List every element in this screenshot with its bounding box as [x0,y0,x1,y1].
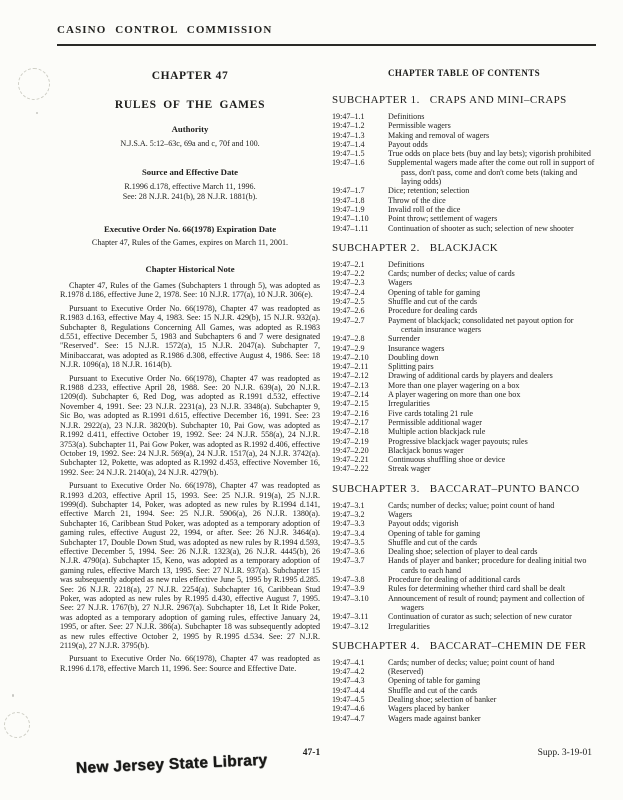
subchapter-title: BACCARAT–CHEMIN DE FER [430,640,587,652]
toc-item: 19:47–1.9Invalid roll of the dice [332,205,596,214]
toc-item-number: 19:47–2.11 [332,362,374,371]
historical-paragraph: Pursuant to Executive Order No. 66(1978)… [60,481,320,650]
toc-item-label: Hands of player and banker; procedure fo… [388,556,596,575]
toc-item-number: 19:47–2.8 [332,334,374,343]
toc-item-label: Opening of table for gaming [388,676,596,685]
toc-item-label: Permissible wagers [388,121,596,130]
toc-item-label: Definitions [388,112,596,121]
left-column: CHAPTER 47 RULES OF THE GAMES Authority … [60,70,320,677]
toc-item: 19:47–1.11Continuation of shooter as suc… [332,224,596,233]
supplement-date: Supp. 3-19-01 [538,748,592,758]
toc-item: 19:47–1.4Payout odds [332,140,596,149]
toc-item: 19:47–2.6Procedure for dealing cards [332,306,596,315]
toc-item-number: 19:47–2.22 [332,464,374,473]
toc-item-label: Announcement of result of round; payment… [388,594,596,613]
toc-item: 19:47–2.16Five cards totaling 21 rule [332,409,596,418]
toc-item-label: Continuous shuffling shoe or device [388,455,596,464]
toc-item: 19:47–3.9Rules for determining whether t… [332,584,596,593]
toc-item-label: (Reserved) [388,667,596,676]
toc-item-label: More than one player wagering on a box [388,381,596,390]
toc-item-label: Dealing shoe; selection of player to dea… [388,547,596,556]
toc-item-number: 19:47–4.6 [332,704,374,713]
toc-item-number: 19:47–3.9 [332,584,374,593]
page-number: 47-1 [0,748,623,758]
toc-item-label: Continuation of curator as such; selecti… [388,612,596,621]
subchapter-heading: SUBCHAPTER 3.BACCARAT–PUNTO BANCO [332,483,596,495]
toc-item-number: 19:47–2.4 [332,288,374,297]
table-of-contents: SUBCHAPTER 1.CRAPS AND MINI–CRAPS19:47–1… [332,94,596,723]
toc-heading: CHAPTER TABLE OF CONTENTS [332,68,596,78]
toc-item-label: Throw of the dice [388,196,596,205]
subchapter-title: BACCARAT–PUNTO BANCO [430,483,580,495]
toc-item-number: 19:47–3.7 [332,556,374,575]
subchapter-title: CRAPS AND MINI–CRAPS [430,94,567,106]
toc-item-number: 19:47–1.11 [332,224,374,233]
historical-note-paragraphs: Chapter 47, Rules of the Games (Subchapt… [60,281,320,673]
subchapter-number: SUBCHAPTER 2. [332,242,420,254]
toc-item-number: 19:47–2.20 [332,446,374,455]
toc-item: 19:47–2.13More than one player wagering … [332,381,596,390]
toc-item-number: 19:47–3.6 [332,547,374,556]
toc-item-number: 19:47–3.8 [332,575,374,584]
toc-item-label: Wagers placed by banker [388,704,596,713]
toc-item-label: Payout odds; vigorish [388,519,596,528]
subchapter-heading: SUBCHAPTER 2.BLACKJACK [332,242,596,254]
toc-item-label: Splitting pairs [388,362,596,371]
toc-item: 19:47–1.8Throw of the dice [332,196,596,205]
toc-item-number: 19:47–2.18 [332,427,374,436]
toc-item-number: 19:47–3.10 [332,594,374,613]
toc-item: 19:47–2.15Irregularities [332,399,596,408]
page-header-title: CASINO CONTROL COMMISSION [57,24,272,36]
toc-item-number: 19:47–3.12 [332,622,374,631]
punch-hole-mark [18,68,50,100]
toc-item-number: 19:47–2.1 [332,260,374,269]
historical-paragraph: Pursuant to Executive Order No. 66(1978)… [60,654,320,673]
toc-item: 19:47–2.2Cards; number of decks; value o… [332,269,596,278]
expiration-heading: Executive Order No. 66(1978) Expiration … [60,224,320,234]
toc-item: 19:47–2.18Multiple action blackjack rule [332,427,596,436]
subchapter-heading: SUBCHAPTER 4.BACCARAT–CHEMIN DE FER [332,640,596,652]
toc-item-label: Wagers [388,278,596,287]
toc-item: 19:47–1.10Point throw; settlement of wag… [332,214,596,223]
toc-item: 19:47–1.3Making and removal of wagers [332,131,596,140]
toc-item-number: 19:47–1.4 [332,140,374,149]
toc-item-number: 19:47–2.10 [332,353,374,362]
toc-item-number: 19:47–2.21 [332,455,374,464]
toc-item-number: 19:47–1.7 [332,186,374,195]
toc-item-number: 19:47–2.12 [332,371,374,380]
toc-item-label: Payment of blackjack; consolidated net p… [388,316,596,335]
toc-item-number: 19:47–4.3 [332,676,374,685]
toc-item-label: Streak wager [388,464,596,473]
toc-item-number: 19:47–2.2 [332,269,374,278]
toc-item-label: Multiple action blackjack rule [388,427,596,436]
subchapter-title: BLACKJACK [430,242,498,254]
toc-item-number: 19:47–2.9 [332,344,374,353]
toc-item-label: Invalid roll of the dice [388,205,596,214]
punch-hole-mark [4,712,30,738]
toc-item-label: Continuation of shooter as such; selecti… [388,224,596,233]
toc-item-number: 19:47–1.1 [332,112,374,121]
toc-item-label: Rules for determining whether third card… [388,584,596,593]
toc-item-label: Shuffle and cut of the cards [388,297,596,306]
source-lines: R.1996 d.178, effective March 11, 1996.S… [60,182,320,202]
toc-item: 19:47–4.1Cards; number of decks; value; … [332,658,596,667]
toc-item: 19:47–3.4Opening of table for gaming [332,529,596,538]
toc-item-number: 19:47–2.14 [332,390,374,399]
toc-item-number: 19:47–3.2 [332,510,374,519]
toc-item-label: Irregularities [388,399,596,408]
toc-item-label: Point throw; settlement of wagers [388,214,596,223]
chapter-number-heading: CHAPTER 47 [60,70,320,83]
subchapter-number: SUBCHAPTER 1. [332,94,420,106]
toc-item-label: Surrender [388,334,596,343]
toc-item: 19:47–2.22Streak wager [332,464,596,473]
toc-item: 19:47–2.8Surrender [332,334,596,343]
toc-item: 19:47–2.12Drawing of additional cards by… [332,371,596,380]
scan-speck [36,112,38,114]
toc-item: 19:47–1.2Permissible wagers [332,121,596,130]
toc-item-number: 19:47–1.5 [332,149,374,158]
toc-item-label: Dice; retention; selection [388,186,596,195]
toc-item-label: Payout odds [388,140,596,149]
toc-item-label: Five cards totaling 21 rule [388,409,596,418]
toc-item: 19:47–2.17Permissible additional wager [332,418,596,427]
toc-item-number: 19:47–3.11 [332,612,374,621]
source-line: See: 28 N.J.R. 241(b), 28 N.J.R. 1881(b)… [60,192,320,202]
scan-speck [12,694,14,697]
toc-item-label: Cards; number of decks; value; point cou… [388,501,596,510]
source-line: R.1996 d.178, effective March 11, 1996. [60,182,320,192]
toc-item-label: Shuffle and cut of the cards [388,686,596,695]
toc-item: 19:47–2.11Splitting pairs [332,362,596,371]
toc-item: 19:47–2.3Wagers [332,278,596,287]
document-page: CASINO CONTROL COMMISSION CHAPTER 47 RUL… [0,0,623,800]
toc-item: 19:47–1.1Definitions [332,112,596,121]
subchapter-number: SUBCHAPTER 3. [332,483,420,495]
authority-text: N.J.S.A. 5:12–63c, 69a and c, 70f and 10… [60,139,320,149]
subchapter-heading: SUBCHAPTER 1.CRAPS AND MINI–CRAPS [332,94,596,106]
toc-item-label: Opening of table for gaming [388,288,596,297]
toc-item: 19:47–4.3Opening of table for gaming [332,676,596,685]
toc-item: 19:47–4.5Dealing shoe; selection of bank… [332,695,596,704]
toc-item: 19:47–4.4Shuffle and cut of the cards [332,686,596,695]
historical-paragraph: Chapter 47, Rules of the Games (Subchapt… [60,281,320,300]
right-column: CHAPTER TABLE OF CONTENTS SUBCHAPTER 1.C… [332,68,596,723]
toc-item-number: 19:47–2.6 [332,306,374,315]
toc-item: 19:47–3.3Payout odds; vigorish [332,519,596,528]
toc-item-label: Drawing of additional cards by players a… [388,371,596,380]
toc-item: 19:47–4.2(Reserved) [332,667,596,676]
toc-item-number: 19:47–1.10 [332,214,374,223]
toc-item-number: 19:47–3.1 [332,501,374,510]
historical-paragraph: Pursuant to Executive Order No. 66(1978)… [60,374,320,477]
toc-item: 19:47–1.5True odds on place bets (buy an… [332,149,596,158]
expiration-text: Chapter 47, Rules of the Games, expires … [60,238,320,248]
toc-item-label: Doubling down [388,353,596,362]
toc-item-label: Cards; number of decks; value of cards [388,269,596,278]
toc-item: 19:47–3.11Continuation of curator as suc… [332,612,596,621]
toc-item-number: 19:47–4.2 [332,667,374,676]
toc-item-label: Shuffle and cut of the cards [388,538,596,547]
toc-item: 19:47–3.10Announcement of result of roun… [332,594,596,613]
toc-item-number: 19:47–1.9 [332,205,374,214]
toc-item-label: Procedure for dealing cards [388,306,596,315]
toc-item: 19:47–2.14A player wagering on more than… [332,390,596,399]
toc-item-label: Progressive blackjack wager payouts; rul… [388,437,596,446]
source-heading: Source and Effective Date [60,167,320,177]
toc-item-label: Supplemental wagers made after the come … [388,158,596,186]
toc-item-number: 19:47–2.19 [332,437,374,446]
toc-item-number: 19:47–3.3 [332,519,374,528]
toc-item: 19:47–2.5Shuffle and cut of the cards [332,297,596,306]
toc-item: 19:47–3.8Procedure for dealing of additi… [332,575,596,584]
toc-item-label: Procedure for dealing of additional card… [388,575,596,584]
toc-item-label: Irregularities [388,622,596,631]
authority-heading: Authority [60,124,320,134]
toc-item: 19:47–2.9Insurance wagers [332,344,596,353]
toc-item-number: 19:47–1.2 [332,121,374,130]
toc-item-number: 19:47–4.1 [332,658,374,667]
toc-item: 19:47–1.7Dice; retention; selection [332,186,596,195]
toc-item-label: Blackjack bonus wager [388,446,596,455]
toc-item-label: True odds on place bets (buy and lay bet… [388,149,596,158]
toc-item: 19:47–2.21Continuous shuffling shoe or d… [332,455,596,464]
toc-item-number: 19:47–2.15 [332,399,374,408]
toc-item-number: 19:47–2.5 [332,297,374,306]
toc-item-label: Wagers made against banker [388,714,596,723]
toc-item-number: 19:47–3.5 [332,538,374,547]
toc-item: 19:47–2.19Progressive blackjack wager pa… [332,437,596,446]
toc-item-number: 19:47–4.5 [332,695,374,704]
toc-item-label: Opening of table for gaming [388,529,596,538]
toc-item: 19:47–4.6Wagers placed by banker [332,704,596,713]
toc-item-number: 19:47–2.17 [332,418,374,427]
toc-item: 19:47–3.7Hands of player and banker; pro… [332,556,596,575]
toc-item-number: 19:47–2.13 [332,381,374,390]
toc-item-number: 19:47–2.7 [332,316,374,335]
toc-item-number: 19:47–4.4 [332,686,374,695]
historical-note-heading: Chapter Historical Note [60,264,320,274]
toc-item-label: Wagers [388,510,596,519]
toc-item-label: Definitions [388,260,596,269]
toc-item-label: A player wagering on more than one box [388,390,596,399]
toc-item: 19:47–2.7Payment of blackjack; consolida… [332,316,596,335]
toc-item: 19:47–2.1Definitions [332,260,596,269]
toc-item: 19:47–3.5Shuffle and cut of the cards [332,538,596,547]
toc-item-number: 19:47–2.16 [332,409,374,418]
toc-item-number: 19:47–4.7 [332,714,374,723]
toc-item-label: Dealing shoe; selection of banker [388,695,596,704]
toc-item: 19:47–3.6Dealing shoe; selection of play… [332,547,596,556]
toc-item: 19:47–3.1Cards; number of decks; value; … [332,501,596,510]
subchapter-number: SUBCHAPTER 4. [332,640,420,652]
toc-item-label: Permissible additional wager [388,418,596,427]
toc-item: 19:47–1.6Supplemental wagers made after … [332,158,596,186]
toc-item-number: 19:47–1.6 [332,158,374,186]
toc-item: 19:47–3.12Irregularities [332,622,596,631]
toc-item-label: Making and removal of wagers [388,131,596,140]
toc-item-number: 19:47–1.3 [332,131,374,140]
toc-item: 19:47–2.4Opening of table for gaming [332,288,596,297]
toc-item: 19:47–2.20Blackjack bonus wager [332,446,596,455]
toc-item-number: 19:47–1.8 [332,196,374,205]
toc-item-label: Cards; number of decks; value; point cou… [388,658,596,667]
historical-paragraph: Pursuant to Executive Order No. 66(1978)… [60,304,320,370]
toc-item-number: 19:47–3.4 [332,529,374,538]
toc-item: 19:47–2.10Doubling down [332,353,596,362]
toc-item-number: 19:47–2.3 [332,278,374,287]
toc-item: 19:47–3.2Wagers [332,510,596,519]
page-header: CASINO CONTROL COMMISSION [57,20,596,46]
chapter-title: RULES OF THE GAMES [60,99,320,112]
toc-item: 19:47–4.7Wagers made against banker [332,714,596,723]
toc-item-label: Insurance wagers [388,344,596,353]
